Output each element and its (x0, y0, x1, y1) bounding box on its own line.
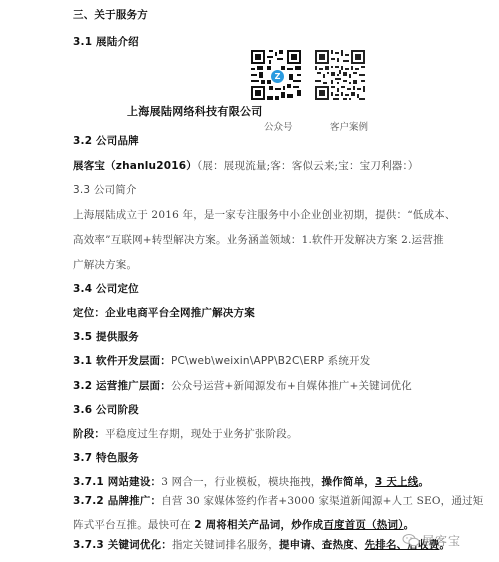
stage-text: 平稳度过生存期，现处于业务扩张阶段。 (105, 428, 298, 440)
feature-brand-line-2: 阵式平台互推。最快可在 2 周将相关产品词，炒作成百度首页（热词）。 (73, 518, 414, 532)
brand-note: （展：展现流量;客：客似云来;宝：宝刀利器：） (197, 160, 419, 172)
intro-line-2: 高效率”互联网+转型解决方案。业务涵盖领域：1.软件开发解决方案 2.运营推 (73, 233, 444, 247)
heading-3-4: 3.4 公司定位 (73, 282, 139, 296)
feature-end: 。 (418, 476, 429, 488)
feature-text: 阵式平台互推。最快可在 (73, 519, 194, 531)
service-text: 公众号运营+新闻源发布+自媒体推广+关键词优化 (171, 380, 412, 392)
feature-underline: 百度首页（热词） (323, 519, 403, 531)
feature-label: 3.7.1 网站建设： (73, 476, 161, 488)
feature-bold: 提申请、查热度、 (279, 539, 365, 551)
watermark-text: 展客宝 (422, 532, 461, 549)
document-page: 三、关于服务方 3.1 展陆介绍 上海展陆网络科技有限公司 Z (0, 0, 499, 562)
feature-bold: 2 周将相关产品词，炒作成 (194, 519, 323, 531)
brand-line: 展客宝（zhanlu2016）（展：展现流量;客：客似云来;宝：宝刀利器：） (73, 159, 419, 173)
section-title: 三、关于服务方 (73, 8, 148, 22)
heading-3-2: 3.2 公司品牌 (73, 134, 139, 148)
qr-label-client-cases: 客户案例 (330, 119, 368, 133)
feature-underline: 3 天上线 (375, 476, 418, 488)
heading-3-5: 3.5 提供服务 (73, 330, 139, 344)
qr-code-icon (313, 48, 367, 102)
feature-website: 3.7.1 网站建设：3 网合一，行业模板，模块拖拽，操作简单，3 天上线。 (73, 475, 429, 489)
company-name: 上海展陆网络科技有限公司 (127, 103, 263, 119)
stage-line: 阶段：平稳度过生存期，现处于业务扩张阶段。 (73, 427, 298, 441)
service-label: 3.2 运营推广层面： (73, 380, 171, 392)
feature-bold: 操作简单， (321, 476, 375, 488)
service-text: PC\web\weixin\APP\B2C\ERP 系统开发 (171, 355, 370, 367)
feature-end: 。 (404, 519, 415, 531)
feature-keyword: 3.7.3 关键词优化：指定关键词排名服务，提申请、查热度、先排名、后收费。 (73, 538, 450, 552)
service-item-operations: 3.2 运营推广层面：公众号运营+新闻源发布+自媒体推广+关键词优化 (73, 379, 412, 393)
feature-text: 自营 30 家媒体签约作者+3000 家渠道新闻源+人工 SEO，通过矩 (161, 495, 483, 507)
service-label: 3.1 软件开发层面： (73, 355, 171, 367)
wechat-icon (402, 533, 420, 547)
feature-text: 指定关键词排名服务， (172, 539, 279, 551)
intro-line-3: 广解决方案。 (73, 258, 137, 272)
feature-label: 3.7.3 关键词优化： (73, 539, 172, 551)
heading-3-1: 3.1 展陆介绍 (73, 35, 139, 49)
feature-brand-line-1: 3.7.2 品牌推广：自营 30 家媒体签约作者+3000 家渠道新闻源+人工 … (73, 494, 483, 508)
positioning-text: 定位：企业电商平台全网推广解决方案 (73, 306, 255, 320)
brand-name: 展客宝（zhanlu2016） (73, 160, 197, 172)
service-item-software: 3.1 软件开发层面：PC\web\weixin\APP\B2C\ERP 系统开… (73, 354, 370, 368)
stage-label: 阶段： (73, 428, 105, 440)
intro-line-1: 上海展陆成立于 2016 年，是一家专注服务中小企业创业初期，提供：“低成本、 (73, 208, 456, 222)
qr-label-official-account: 公众号 (264, 119, 293, 133)
feature-label: 3.7.2 品牌推广： (73, 495, 161, 507)
qr-code-official-account: Z (249, 48, 303, 102)
heading-3-3: 3.3 公司简介 (73, 183, 137, 197)
brand-logo-badge: Z (270, 69, 285, 84)
feature-text: 3 网合一，行业模板，模块拖拽， (161, 476, 321, 488)
heading-3-6: 3.6 公司阶段 (73, 403, 139, 417)
heading-3-7: 3.7 特色服务 (73, 451, 139, 465)
qr-code-client-cases (313, 48, 367, 102)
